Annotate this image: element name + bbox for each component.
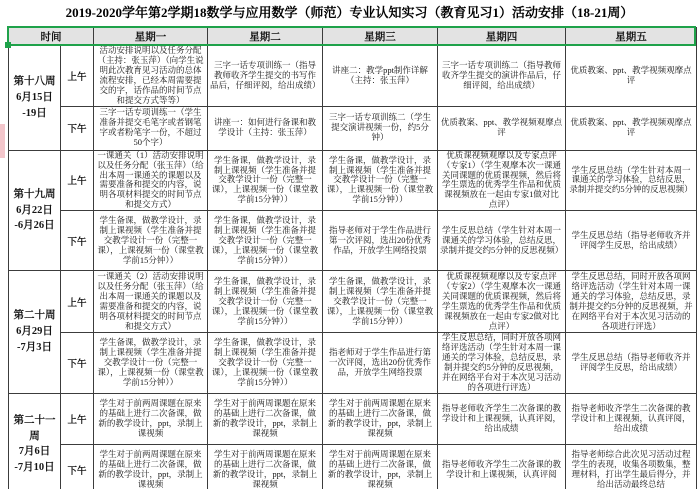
- week-label-line: 第二十一周: [9, 413, 60, 445]
- schedule-cell[interactable]: 学生备课，做教学设计，录制上课视频（学生准备并提交教学设计一份（完整一课），上课…: [323, 150, 438, 211]
- schedule-cell[interactable]: 三字一话专项训练一（学生准备并提交毛笔字或者钢笔字或者粉笔字一份，不超过50个字…: [94, 106, 208, 150]
- schedule-cell[interactable]: 指老师对于学生作品进行第一次评阅，选出20份优秀作品，开放学生网络投票: [323, 333, 438, 394]
- column-header-time[interactable]: 时间: [9, 28, 94, 46]
- header-row: 时间星期一星期二星期三星期四星期五: [9, 28, 697, 46]
- period-label-afternoon[interactable]: 下午: [61, 333, 94, 394]
- schedule-cell[interactable]: 优质教案、ppt、教学视频观摩点评: [566, 46, 697, 107]
- schedule-cell[interactable]: 一课通关（1）活动安排说明以及任务分配（张玉萍）（给出本周一课通关的课题以及需要…: [94, 150, 208, 211]
- schedule-cell[interactable]: 学生备课，做教学设计，录制上课视频（学生准备并提交教学设计一份（完整一课），上课…: [208, 150, 323, 211]
- week-2-morning-row: 第二十周6月29日-7月3日上午一课通关（2）活动安排说明以及任务分配（张玉萍）…: [9, 271, 697, 333]
- week-label-line: 第十八周: [9, 74, 60, 90]
- schedule-cell[interactable]: 学生对于前两周课题在原来的基础上进行二次备课，做新的教学设计，ppt，录制上课视…: [94, 393, 208, 444]
- column-header-day-3[interactable]: 星期三: [323, 28, 438, 46]
- schedule-cell[interactable]: 一课通关（2）活动安排说明以及任务分配（张玉萍）（给出本周一课通关的课题以及需要…: [94, 271, 208, 333]
- schedule-cell[interactable]: 学生对于前两周课题在原来的基础上进行二次备课，做新的教学设计，ppt，录制上课视…: [323, 444, 438, 489]
- column-header-day-2[interactable]: 星期二: [208, 28, 323, 46]
- period-label-morning[interactable]: 上午: [61, 271, 94, 333]
- schedule-cell[interactable]: 指导老师收齐学生二次备课的教学设计和上课视频，认真评阅，给出成绩: [566, 393, 697, 444]
- spreadsheet-page: 2019-2020学年第2学期18数学与应用数学（师范）专业认知实习（教育见习1…: [0, 0, 699, 489]
- week-label-line: 第二十周: [9, 308, 60, 324]
- schedule-cell[interactable]: 学生反思总结（指导老师收齐并评阅学生反思，给出成绩）: [566, 333, 697, 394]
- row-marker: [0, 124, 5, 158]
- week-label-line: 第十九周: [9, 187, 60, 203]
- period-label-afternoon[interactable]: 下午: [61, 106, 94, 150]
- week-label[interactable]: 第十九周6月22日-6月26日: [9, 150, 61, 271]
- schedule-cell[interactable]: 三字一话专项训练二（学生提交演讲视频一份，约5分钟）: [323, 106, 438, 150]
- schedule-cell[interactable]: 学生备课，做教学设计，录制上课视频（学生准备并提交教学设计一份（完整一课），上课…: [94, 211, 208, 271]
- schedule-cell[interactable]: 讲座一：如何进行备课和教学设计（主持：张玉萍）: [208, 106, 323, 150]
- column-header-day-4[interactable]: 星期四: [438, 28, 566, 46]
- schedule-cell[interactable]: 学生对于前两周课题在原来的基础上进行二次备课，做新的教学设计，ppt，录制上课视…: [208, 393, 323, 444]
- schedule-cell[interactable]: 学生反思总结，同时开放各项网络评选活动（学生针对本周一课通关的学习体验，总结反思…: [438, 333, 566, 394]
- schedule-cell[interactable]: 优质教案、ppt、教学视频观摩点评: [438, 106, 566, 150]
- period-label-morning[interactable]: 上午: [61, 393, 94, 444]
- schedule-cell[interactable]: 学生备课，做教学设计，录制上课视频（学生准备并提交教学设计一份（完整一课），上课…: [208, 271, 323, 333]
- schedule-cell[interactable]: 讲座二：教学ppt制作详解（主持：张玉萍）: [323, 46, 438, 107]
- week-label-line: 6月22日: [9, 203, 60, 219]
- week-3-morning-row: 第二十一周7月6日-7月10日上午学生对于前两周课题在原来的基础上进行二次备课，…: [9, 393, 697, 444]
- schedule-cell[interactable]: 学生反思总结（学生针对本周一课通关的学习体验，总结反思，录制并提交约5分钟的反思…: [566, 150, 697, 211]
- schedule-cell[interactable]: 指导老师收齐学生二次备课的教学设计和上课视频，认真评阅，给出成绩: [438, 393, 566, 444]
- week-1-afternoon-row: 下午学生备课，做教学设计，录制上课视频（学生准备并提交教学设计一份（完整一课），…: [9, 211, 697, 271]
- schedule-cell[interactable]: 学生反思总结（指导老师收齐并评阅学生反思，给出成绩）: [566, 211, 697, 271]
- week-label-line: 6月15日: [9, 90, 60, 106]
- schedule-cell[interactable]: 学生备课，做教学设计，录制上课视频（学生准备并提交教学设计一份（完整一课），上课…: [208, 333, 323, 394]
- week-label[interactable]: 第二十一周7月6日-7月10日: [9, 393, 61, 489]
- schedule-cell[interactable]: 学生备课，做教学设计，录制上课视频（学生准备并提交教学设计一份（完整一课），上课…: [323, 271, 438, 333]
- schedule-cell[interactable]: 优质教案、ppt、教学视频观摩点评: [566, 106, 697, 150]
- schedule-cell[interactable]: 指导老师收齐学生二次备课的教学设计和上课视频，认真评阅: [438, 444, 566, 489]
- column-header-day-5[interactable]: 星期五: [566, 28, 697, 46]
- schedule-cell[interactable]: 学生备课，做教学设计，录制上课视频（学生准备并提交教学设计一份（完整一课），上课…: [94, 333, 208, 394]
- schedule-cell[interactable]: 学生对于前两周课题在原来的基础上进行二次备课，做新的教学设计，ppt，录制上课视…: [208, 444, 323, 489]
- week-label[interactable]: 第二十周6月29日-7月3日: [9, 271, 61, 394]
- period-label-morning[interactable]: 上午: [61, 46, 94, 107]
- schedule-cell[interactable]: 学生反思总结（学生针对本周一课通关的学习体验，总结反思，录制并提交约5分钟的反思…: [438, 211, 566, 271]
- week-label[interactable]: 第十八周6月15日-19日: [9, 46, 61, 151]
- column-header-day-1[interactable]: 星期一: [94, 28, 208, 46]
- schedule-cell[interactable]: 指导老师对于学生作品进行第一次评阅，选出20份优秀作品，开放学生网络投票: [323, 211, 438, 271]
- schedule-cell[interactable]: 学生对于前两周课题在原来的基础上进行二次备课，做新的教学设计，ppt，录制上课视…: [94, 444, 208, 489]
- week-label-line: -7月10日: [9, 460, 60, 476]
- schedule-cell[interactable]: 活动安排说明以及任务分配（主持：张玉萍）（向学生说明此次教育见习活动的总体流程安…: [94, 46, 208, 107]
- week-2-afternoon-row: 下午学生备课，做教学设计，录制上课视频（学生准备并提交教学设计一份（完整一课），…: [9, 333, 697, 394]
- week-label-line: 6月29日: [9, 324, 60, 340]
- period-label-morning[interactable]: 上午: [61, 150, 94, 211]
- schedule-table: 时间星期一星期二星期三星期四星期五 第十八周6月15日-19日上午活动安排说明以…: [8, 27, 697, 489]
- page-title: 2019-2020学年第2学期18数学与应用数学（师范）专业认知实习（教育见习1…: [0, 2, 699, 21]
- schedule-cell[interactable]: 学生备课，做教学设计，录制上课视频（学生准备并提交教学设计一份（完整一课），上课…: [208, 211, 323, 271]
- week-3-afternoon-row: 下午学生对于前两周课题在原来的基础上进行二次备课，做新的教学设计，ppt，录制上…: [9, 444, 697, 489]
- week-label-line: -6月26日: [9, 218, 60, 234]
- schedule-cell[interactable]: 优质课视频观摩以及专家点评（专家2）（学生观摩本次一课通关同课题的优质课视频，然…: [438, 271, 566, 333]
- schedule-cell[interactable]: 学生反思总结，同时开放各项网络评选活动（学生针对本周一课通关的学习体验，总结反思…: [566, 271, 697, 333]
- period-label-afternoon[interactable]: 下午: [61, 211, 94, 271]
- schedule-cell[interactable]: 三字一话专项训练二（指导教师收齐学生提交的演讲作品后，仔细评阅，给出成绩）: [438, 46, 566, 107]
- week-label-line: 7月6日: [9, 444, 60, 460]
- schedule-cell[interactable]: 优质课视频观摩以及专家点评（专家1）（学生观摩本次一课通关同课题的优质课视频，然…: [438, 150, 566, 211]
- period-label-afternoon[interactable]: 下午: [61, 444, 94, 489]
- week-label-line: -19日: [9, 106, 60, 122]
- schedule-cell[interactable]: 三字一话专项训练一（指导教师收齐学生提交的书写作品后，仔细评阅，给出成绩）: [208, 46, 323, 107]
- week-0-morning-row: 第十八周6月15日-19日上午活动安排说明以及任务分配（主持：张玉萍）（向学生说…: [9, 46, 697, 107]
- schedule-cell[interactable]: 指导老师综合此次见习活动过程学生的表现，收集各项数集，整理材料，打出学生最后得分…: [566, 444, 697, 489]
- week-1-morning-row: 第十九周6月22日-6月26日上午一课通关（1）活动安排说明以及任务分配（张玉萍…: [9, 150, 697, 211]
- week-0-afternoon-row: 下午三字一话专项训练一（学生准备并提交毛笔字或者钢笔字或者粉笔字一份，不超过50…: [9, 106, 697, 150]
- week-label-line: -7月3日: [9, 340, 60, 356]
- schedule-cell[interactable]: 学生对于前两周课题在原来的基础上进行二次备课，做新的教学设计，ppt，录制上课视…: [323, 393, 438, 444]
